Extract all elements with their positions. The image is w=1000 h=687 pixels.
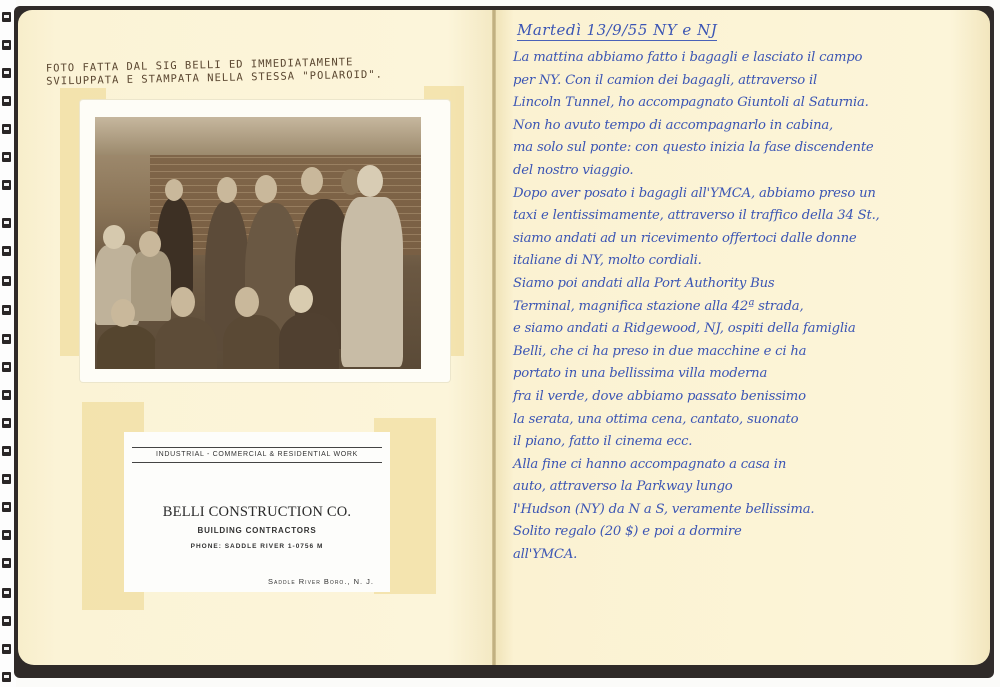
woman-figure — [341, 197, 403, 367]
binding-hole — [2, 246, 11, 256]
card-tagline: INDUSTRIAL - COMMERCIAL & RESIDENTIAL WO… — [124, 451, 390, 458]
entry-line: Terminal, magnifica stazione alla 42ª st… — [513, 296, 983, 319]
entry-line: portato in una bellissima villa moderna — [513, 363, 983, 386]
binding-hole — [2, 390, 11, 400]
entry-line: ma solo sul ponte: con questo inizia la … — [513, 137, 983, 160]
binding-hole — [2, 558, 11, 568]
binding-hole — [2, 124, 11, 134]
binding-hole — [2, 305, 11, 315]
binding-hole — [2, 276, 11, 286]
binding-hole — [2, 152, 11, 162]
binding-hole — [2, 616, 11, 626]
binding-hole — [2, 530, 11, 540]
entry-line: Siamo poi andati alla Port Authority Bus — [513, 273, 983, 296]
entry-line: del nostro viaggio. — [513, 160, 983, 183]
binding-hole — [2, 502, 11, 512]
card-phone: PHONE: SADDLE RIVER 1-0756 M — [124, 543, 390, 550]
binding-hole — [2, 68, 11, 78]
business-card: INDUSTRIAL - COMMERCIAL & RESIDENTIAL WO… — [104, 420, 410, 596]
entry-line: il piano, fatto il cinema ecc. — [513, 431, 983, 454]
entry-line: e siamo andati a Ridgewood, NJ, ospiti d… — [513, 318, 983, 341]
entry-line: l'Hudson (NY) da N a S, veramente bellis… — [513, 499, 983, 522]
binding-hole — [2, 418, 11, 428]
binding-hole — [2, 672, 11, 682]
entry-line: taxi e lentissimamente, attraverso il tr… — [513, 205, 983, 228]
entry-line: Solito regalo (20 $) e poi a dormire — [513, 521, 983, 544]
binding-hole — [2, 218, 11, 228]
entry-heading: Martedì 13/9/55 NY e NJ — [517, 21, 717, 41]
binding-hole — [2, 362, 11, 372]
journal-entry: Martedì 13/9/55 NY e NJ La mattina abbia… — [513, 20, 983, 567]
binding-hole — [2, 474, 11, 484]
entry-line: La mattina abbiamo fatto i bagagli e las… — [513, 47, 983, 70]
entry-text: La mattina abbiamo fatto i bagagli e las… — [513, 47, 983, 567]
binding-hole — [2, 180, 11, 190]
binding-hole — [2, 96, 11, 106]
entry-line: italiane di NY, molto cordiali. — [513, 250, 983, 273]
entry-line: fra il verde, dove abbiamo passato benis… — [513, 386, 983, 409]
entry-line: Alla fine ci hanno accompagnato a casa i… — [513, 454, 983, 477]
binding-hole — [2, 644, 11, 654]
binding-hole — [2, 334, 11, 344]
entry-line: la serata, una ottima cena, cantato, suo… — [513, 409, 983, 432]
entry-line: Belli, che ci ha preso in due macchine e… — [513, 341, 983, 364]
polaroid-photo — [80, 100, 450, 382]
entry-line: Lincoln Tunnel, ho accompagnato Giuntoli… — [513, 92, 983, 115]
card-address: Saddle River Boro., N. J. — [268, 577, 374, 586]
binding-hole — [2, 446, 11, 456]
entry-line: auto, attraverso la Parkway lungo — [513, 476, 983, 499]
binding-hole — [2, 588, 11, 598]
entry-line: per NY. Con il camion dei bagagli, attra… — [513, 70, 983, 93]
binding-hole — [2, 12, 11, 22]
entry-line: Dopo aver posato i bagagli all'YMCA, abb… — [513, 183, 983, 206]
card-company-name: BELLI CONSTRUCTION CO. — [124, 504, 390, 521]
page-gutter — [492, 10, 496, 665]
entry-line: siamo andati ad un ricevimento offertoci… — [513, 228, 983, 251]
entry-line: Non ho avuto tempo di accompagnarlo in c… — [513, 115, 983, 138]
group-photo — [95, 117, 421, 369]
binding-hole — [2, 40, 11, 50]
card-subtitle: BUILDING CONTRACTORS — [124, 526, 390, 535]
entry-line: all'YMCA. — [513, 544, 983, 567]
